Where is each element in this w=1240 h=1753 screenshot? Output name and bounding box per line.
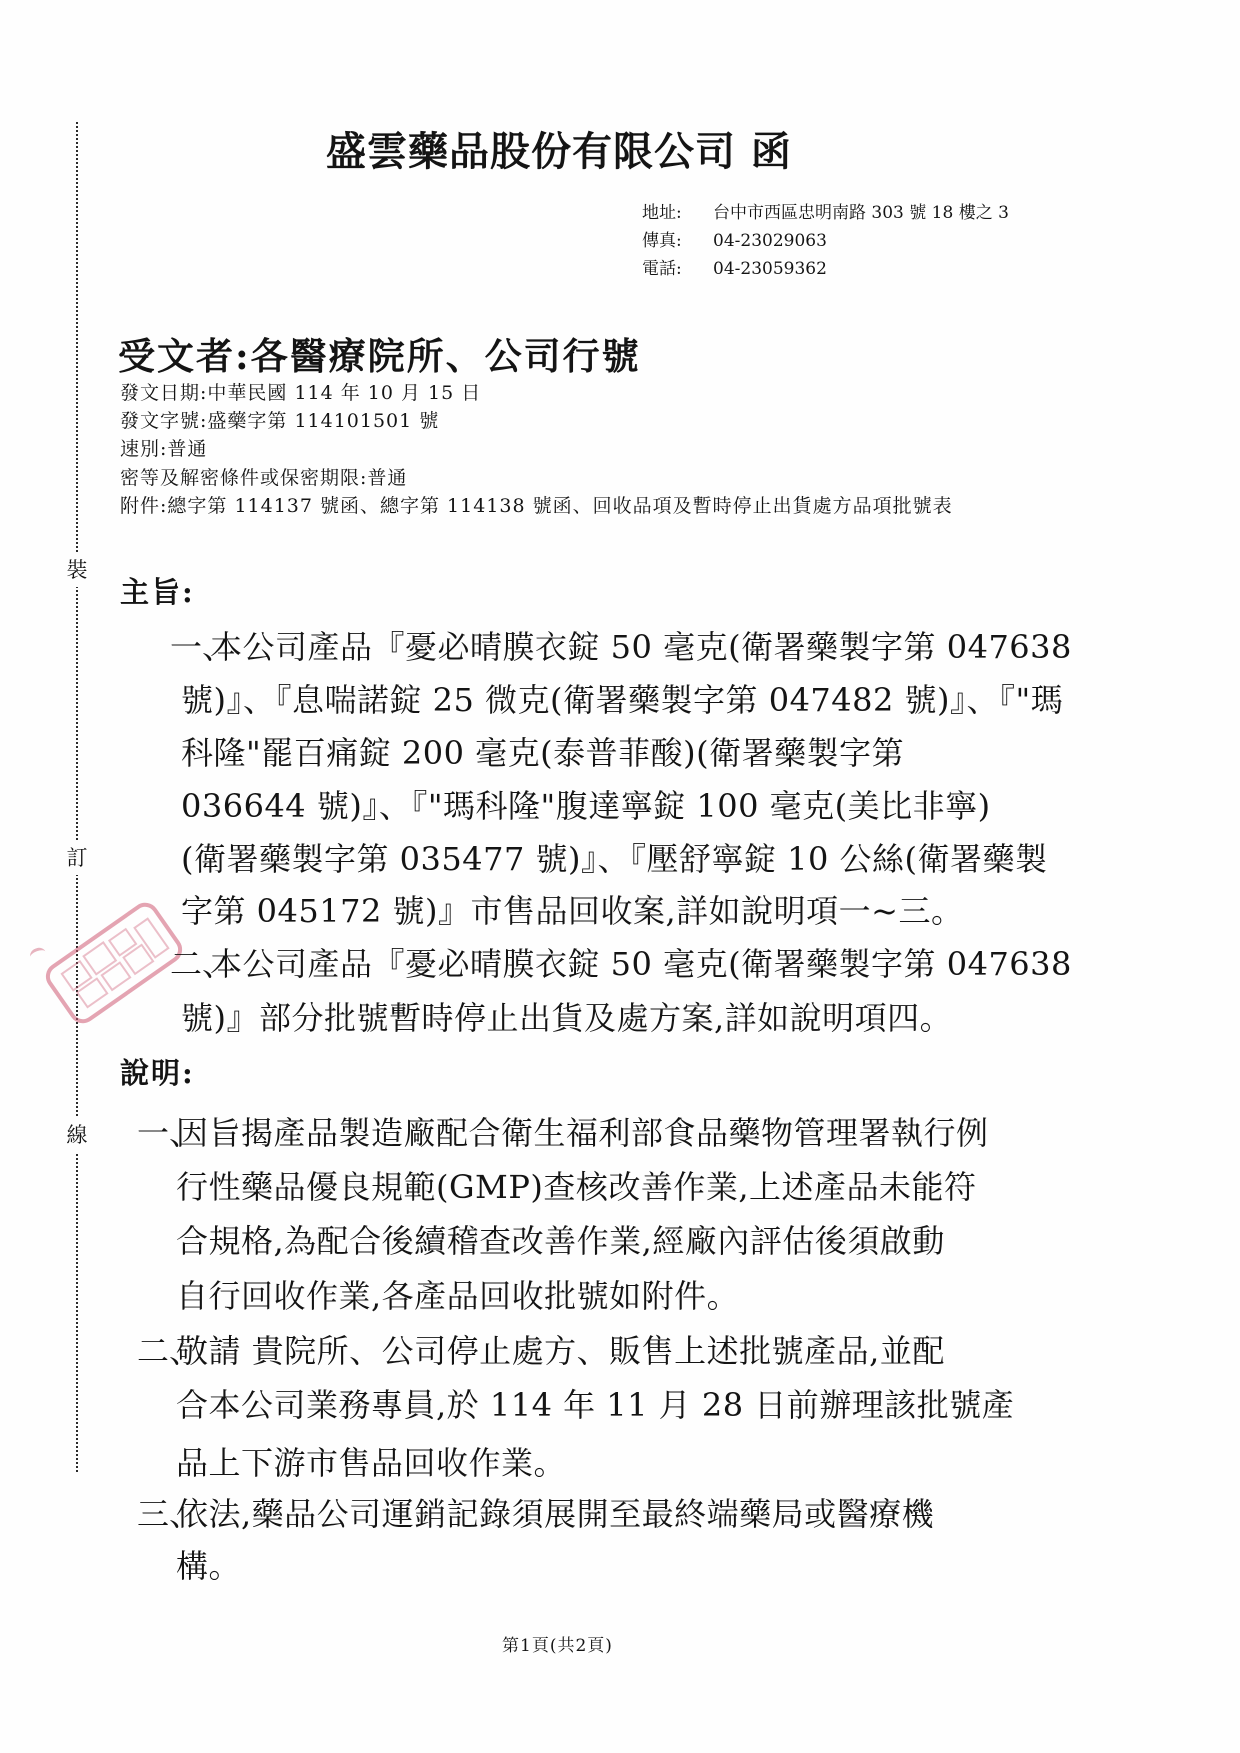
body-line: 字第 045172 號)』市售品回收案,詳如說明項一~三。 [181,886,963,932]
address-label: 地址: [642,199,713,227]
doc-number-line: 發文字號:盛藥字第 114101501 號 [120,407,953,435]
stamp-ink-smudge [28,946,47,964]
body-line: 本公司產品『憂必晴膜衣錠 50 毫克(衛署藥製字第 047638 [210,939,1072,985]
phone-label: 電話: [642,255,713,283]
binding-dotted-line [76,122,78,1472]
body-line: 036644 號)』、『"瑪科隆"腹達寧錠 100 毫克(美比非寧) [181,781,991,827]
contact-address-row: 地址:台中市西區忠明南路 303 號 18 樓之 3 [642,199,1009,227]
body-line: 號)』、『息喘諾錠 25 微克(衛署藥製字第 047482 號)』、『"瑪 [181,675,1063,721]
body-line: 構。 [176,1541,241,1587]
address-value: 台中市西區忠明南路 303 號 18 樓之 3 [713,203,1009,223]
issue-date-line: 發文日期:中華民國 114 年 10 月 15 日 [120,379,953,407]
binding-marker-zhuang: 裝 [66,553,88,587]
body-line: 品上下游市售品回收作業。 [176,1438,566,1484]
contact-fax-row: 傳真:04-23029063 [642,227,1009,255]
body-line: (衛署藥製字第 035477 號)』、『壓舒寧錠 10 公絲(衛署藥製 [181,834,1048,880]
binding-marker-xian: 線 [66,1118,88,1152]
company-letter-title: 盛雲藥品股份有限公司 函 [326,120,792,177]
speed-line: 速別:普通 [120,435,953,463]
body-line: 敬請 貴院所、公司停止處方、販售上述批號產品,並配 [176,1326,945,1372]
body-line: 本公司產品『憂必晴膜衣錠 50 毫克(衛署藥製字第 047638 [210,622,1072,668]
meta-block: 發文日期:中華民國 114 年 10 月 15 日 發文字號:盛藥字第 1141… [120,379,953,520]
contact-phone-row: 電話:04-23059362 [642,255,1009,283]
classification-line: 密等及解密條件或保密期限:普通 [120,464,953,492]
body-line: 號)』部分批號暫時停止出貨及處方案,詳如說明項四。 [181,993,952,1039]
fax-value: 04-23029063 [713,231,827,251]
fax-label: 傳真: [642,227,713,255]
body-line: 科隆"罷百痛錠 200 毫克(泰普菲酸)(衛署藥製字第 [181,728,904,774]
page-number: 第1頁(共2頁) [502,1631,613,1656]
subject-label: 主旨: [120,570,195,611]
body-line: 合規格,為配合後續稽查改善作業,經廠內評估後須啟動 [176,1216,945,1262]
company-stamp [40,897,187,1028]
body-line: 行性藥品優良規範(GMP)查核改善作業,上述產品未能符 [176,1162,977,1208]
recipient-line: 受文者:各醫療院所、公司行號 [118,326,641,380]
explanation-label: 說明: [120,1051,195,1092]
body-line: 因旨揭產品製造廠配合衛生福利部食品藥物管理署執行例 [176,1108,989,1154]
document-page: 裝 訂 線 盛雲藥品股份有限公司 函 地址:台中市西區忠明南路 303 號 18… [0,0,1240,1753]
phone-value: 04-23059362 [713,259,827,279]
body-line: 自行回收作業,各產品回收批號如附件。 [176,1271,739,1317]
body-line: 合本公司業務專員,於 114 年 11 月 28 日前辦理該批號產 [176,1380,1014,1426]
attachment-line: 附件:總字第 114137 號函、總字第 114138 號函、回收品項及暫時停止… [120,492,953,520]
body-line: 依法,藥品公司運銷記錄須展開至最終端藥局或醫療機 [176,1489,934,1535]
contact-block: 地址:台中市西區忠明南路 303 號 18 樓之 3 傳真:04-2302906… [642,199,1009,283]
binding-marker-ding: 訂 [66,841,88,875]
